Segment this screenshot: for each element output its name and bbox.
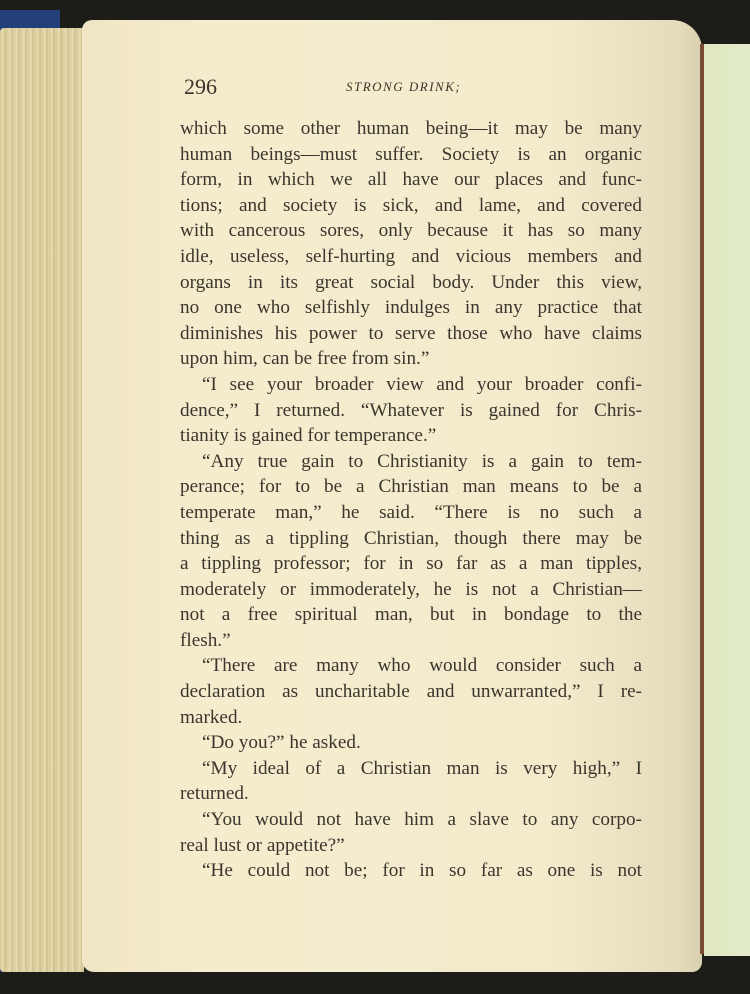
- text-line: tions; and society is sick, and lame, an…: [180, 193, 642, 219]
- text-line: marked.: [180, 705, 642, 731]
- text-line: organs in its great social body. Under t…: [180, 270, 642, 296]
- text-line: idle, useless, self-hurting and vicious …: [180, 244, 642, 270]
- text-line: which some other human being—it may be m…: [180, 116, 642, 142]
- body-text: which some other human being—it may be m…: [180, 116, 642, 884]
- text-line: moderately or immoderately, he is not a …: [180, 577, 642, 603]
- text-line: form, in which we all have our places an…: [180, 167, 642, 193]
- facing-page: [704, 44, 750, 956]
- text-line: thing as a tippling Christian, though th…: [180, 526, 642, 552]
- text-line: tianity is gained for temperance.”: [180, 423, 642, 449]
- text-line: “There are many who would consider such …: [180, 653, 642, 679]
- page-header: 296 STRONG DRINK;: [184, 74, 644, 104]
- text-line: dence,” I returned. “Whatever is gained …: [180, 398, 642, 424]
- running-title: STRONG DRINK;: [346, 79, 461, 95]
- text-line: “He could not be; for in so far as one i…: [180, 858, 642, 884]
- text-line: “My ideal of a Christian man is very hig…: [180, 756, 642, 782]
- text-line: no one who selfishly indulges in any pra…: [180, 295, 642, 321]
- text-line: not a free spiritual man, but in bondage…: [180, 602, 642, 628]
- text-line: diminishes his power to serve those who …: [180, 321, 642, 347]
- text-line: returned.: [180, 781, 642, 807]
- text-line: upon him, can be free from sin.”: [180, 346, 642, 372]
- text-line: human beings—must suffer. Society is an …: [180, 142, 642, 168]
- text-line: real lust or appetite?”: [180, 833, 642, 859]
- text-line: with cancerous sores, only because it ha…: [180, 218, 642, 244]
- text-line: flesh.”: [180, 628, 642, 654]
- page-edges: [0, 28, 84, 972]
- page-number: 296: [184, 74, 217, 100]
- text-line: temperate man,” he said. “There is no su…: [180, 500, 642, 526]
- text-line: declaration as uncharitable and unwarran…: [180, 679, 642, 705]
- text-line: a tippling professor; for in so far as a…: [180, 551, 642, 577]
- text-line: perance; for to be a Christian man means…: [180, 474, 642, 500]
- text-line: “Do you?” he asked.: [180, 730, 642, 756]
- text-line: “You would not have him a slave to any c…: [180, 807, 642, 833]
- text-line: “I see your broader view and your broade…: [180, 372, 642, 398]
- text-line: “Any true gain to Christianity is a gain…: [180, 449, 642, 475]
